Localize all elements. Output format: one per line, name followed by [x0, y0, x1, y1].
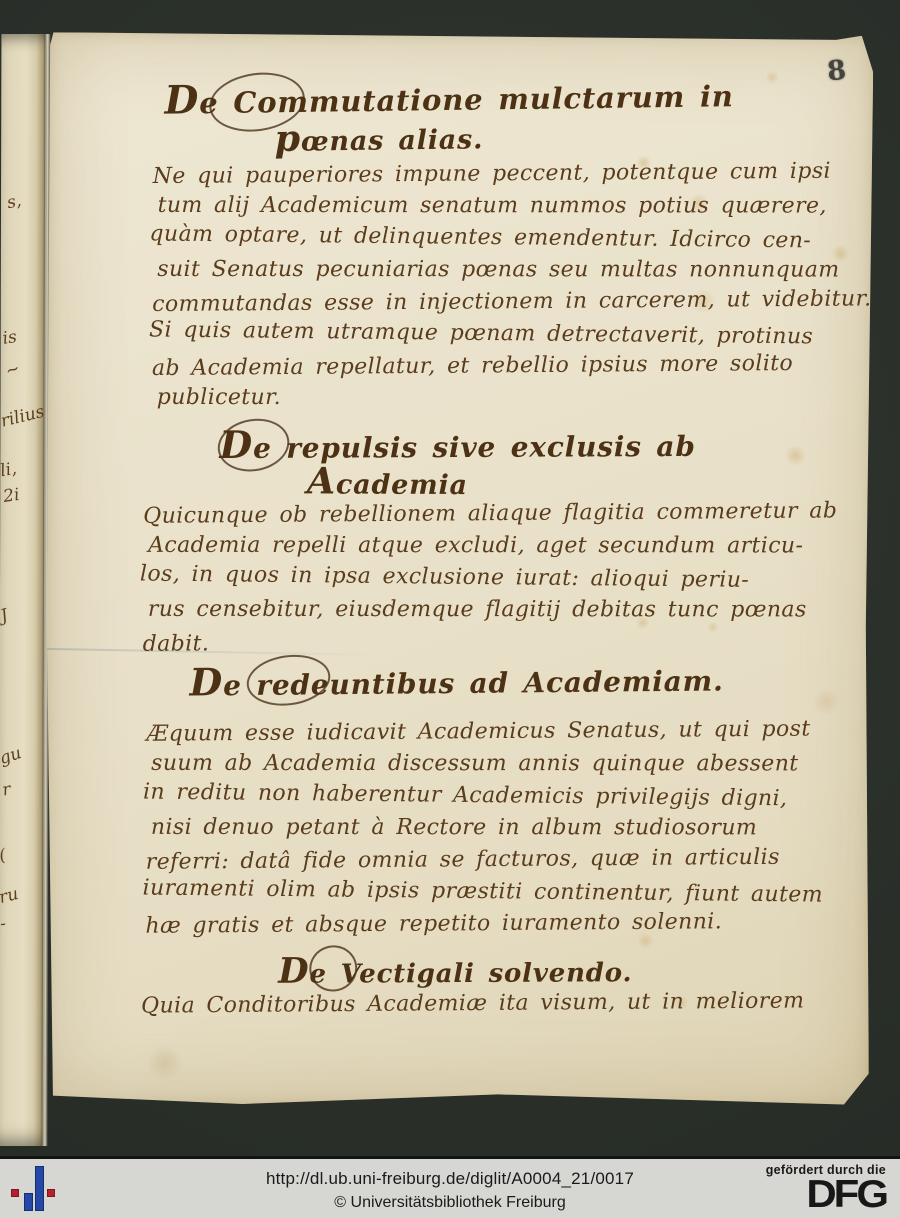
- margin-text-fragment: ~: [3, 358, 23, 382]
- margin-text-fragment: s,: [5, 191, 23, 213]
- manuscript-line: suit Senatus pecuniarias pœnas seu multa…: [157, 254, 876, 287]
- manuscript-line: Quia Conditoribus Academiæ ita visum, ut…: [141, 985, 804, 1022]
- paragraph-repulsis: Quicunque ob rebellionem aliaque flagiti…: [143, 497, 838, 660]
- manuscript-line: suum ab Academia discessum annis quinque…: [151, 748, 831, 781]
- digitized-page-viewer: s, is ~ rilius, li, 2i J gu r ( ru - 8 D…: [0, 0, 900, 1218]
- margin-text-fragment: is: [1, 327, 18, 349]
- manuscript-line: Quicunque ob rebellionem aliaque flagiti…: [143, 495, 837, 532]
- paragraph-redeuntibus: Æquum esse iudicavit Academicus Senatus,…: [145, 715, 826, 942]
- manuscript-line: publicetur.: [157, 382, 876, 415]
- page-number-stamp: 8: [826, 55, 848, 88]
- footer-bar: http://dl.ub.uni-freiburg.de/diglit/A000…: [0, 1156, 900, 1218]
- scan-background: s, is ~ rilius, li, 2i J gu r ( ru - 8 D…: [0, 0, 900, 1156]
- paragraph-commutatione: Ne qui pauperiores impune peccent, poten…: [152, 157, 872, 416]
- paragraph-vectigali: Quia Conditoribus Academiæ ita visum, ut…: [141, 987, 804, 1022]
- manuscript-line: hæ gratis et absque repetito iuramento s…: [145, 905, 826, 942]
- margin-text-fragment: ru: [0, 884, 20, 908]
- manuscript-line: quàm optare, ut delinquentes emendentur.…: [149, 218, 869, 258]
- section-heading-commutatione-line2: pœnas alias.: [89, 112, 670, 163]
- previous-page-edge: s, is ~ rilius, li, 2i J gu r ( ru -: [0, 34, 46, 1146]
- document-url: http://dl.ub.uni-freiburg.de/diglit/A000…: [266, 1169, 634, 1189]
- margin-text-fragment: gu: [0, 743, 24, 769]
- margin-text-fragment: J: [0, 605, 10, 626]
- section-heading-redeuntibus: De redeuntibus ad Academiam.: [176, 655, 736, 704]
- manuscript-line: ab Academia repellatur, et rebellio ipsi…: [152, 347, 872, 385]
- manuscript-line: in reditu non haberentur Academicis priv…: [143, 777, 824, 816]
- dfg-funding-block: gefördert durch die DFG: [766, 1163, 886, 1217]
- manuscript-line: nisi denuo petant à Rectore in album stu…: [151, 812, 831, 845]
- section-heading-vectigali: De Vectigali solvendo.: [225, 949, 685, 992]
- margin-text-fragment: li,: [0, 459, 18, 481]
- manuscript-line: Academia repelli atque excludi, aget sec…: [148, 530, 842, 563]
- manuscript-line: tum alij Academicum senatum nummos potiu…: [158, 190, 877, 223]
- manuscript-page: 8 De Commutatione mulctarum in pœnas ali…: [45, 32, 874, 1108]
- margin-text-fragment: (: [0, 845, 8, 866]
- margin-text-fragment: 2i: [2, 485, 21, 507]
- manuscript-line: Ne qui pauperiores impune peccent, poten…: [153, 155, 873, 193]
- manuscript-line: los, in quos in ipsa exclusione iurat: a…: [140, 558, 834, 597]
- margin-text-fragment: -: [0, 914, 7, 934]
- manuscript-line: Æquum esse iudicavit Academicus Senatus,…: [146, 713, 827, 750]
- copyright-notice: © Universitätsbibliothek Freiburg: [334, 1194, 565, 1212]
- dfg-logo: DFG: [766, 1175, 886, 1214]
- manuscript-line: rus censebitur, eiusdemque flagitij debi…: [148, 594, 842, 627]
- margin-text-fragment: r: [1, 779, 12, 800]
